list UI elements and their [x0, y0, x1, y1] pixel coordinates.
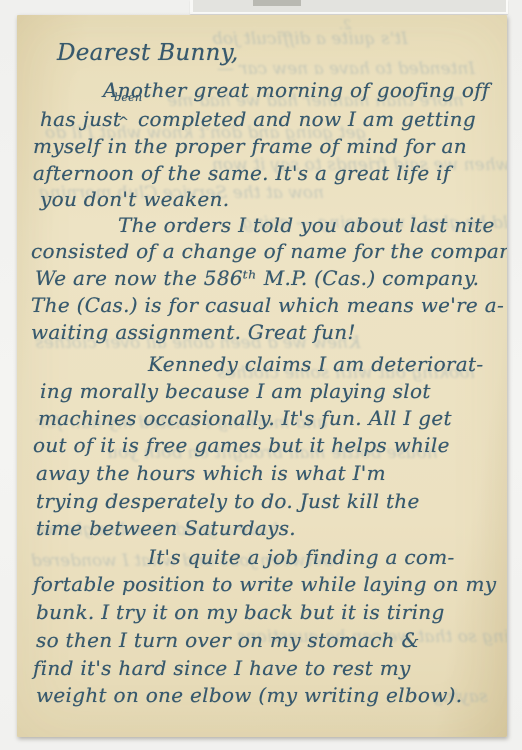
letter-line: It's quite a job finding a com-	[148, 545, 455, 569]
letter-line: bunk. I try it on my back but it is tiri…	[36, 600, 445, 624]
letter-line: completed and now I am getting	[138, 107, 476, 131]
letter-line: The (Cas.) is for casual which means we'…	[31, 293, 504, 317]
letter-line: fortable position to write while laying …	[33, 572, 496, 596]
letter-line: so then I turn over on my stomach &	[36, 628, 420, 652]
letter-line: We are now the 586ᵗʰ M.P. (Cas.) company…	[35, 266, 479, 290]
letter-line: consisted of a change of name for the co…	[31, 239, 507, 263]
letter-line: weight on one elbow (my writing elbow).	[36, 683, 462, 707]
adjacent-photo-tab	[253, 0, 301, 6]
letter-line: Dearest Bunny,	[57, 40, 239, 66]
letter-line: you don't weaken.	[40, 187, 229, 211]
letter-line: machines occasionally. It's fun. All I g…	[38, 406, 452, 430]
letter-line: been	[114, 91, 142, 104]
letter-line: find it's hard since I have to rest my	[33, 656, 411, 680]
letter-line: has just	[40, 107, 121, 131]
letter-page: 2.It's quite a difficult jobIntended to …	[17, 15, 507, 737]
letter-text-layer: Dearest Bunny,Another great morning of g…	[17, 15, 507, 737]
scanner-background: 2.It's quite a difficult jobIntended to …	[0, 0, 522, 750]
letter-line: trying desperately to do. Just kill the	[36, 489, 420, 513]
letter-line: afternoon of the same. It's a great life…	[33, 161, 451, 185]
letter-line: ing morally because I am playing slot	[40, 379, 431, 403]
letter-line: ^	[118, 115, 129, 130]
letter-line: The orders I told you about last nite	[118, 213, 495, 237]
letter-line: waiting assignment. Great fun!	[31, 320, 356, 344]
letter-line: myself in the proper frame of mind for a…	[33, 134, 467, 158]
letter-line: Kennedy claims I am deteriorat-	[148, 352, 483, 376]
letter-line: out of it is free games but it helps whi…	[33, 433, 450, 457]
letter-line: time between Saturdays.	[36, 516, 296, 540]
letter-line: away the hours which is what I'm	[36, 461, 386, 485]
adjacent-photo-edge	[190, 0, 508, 14]
letter-line: Another great morning of goofing off	[103, 78, 490, 102]
